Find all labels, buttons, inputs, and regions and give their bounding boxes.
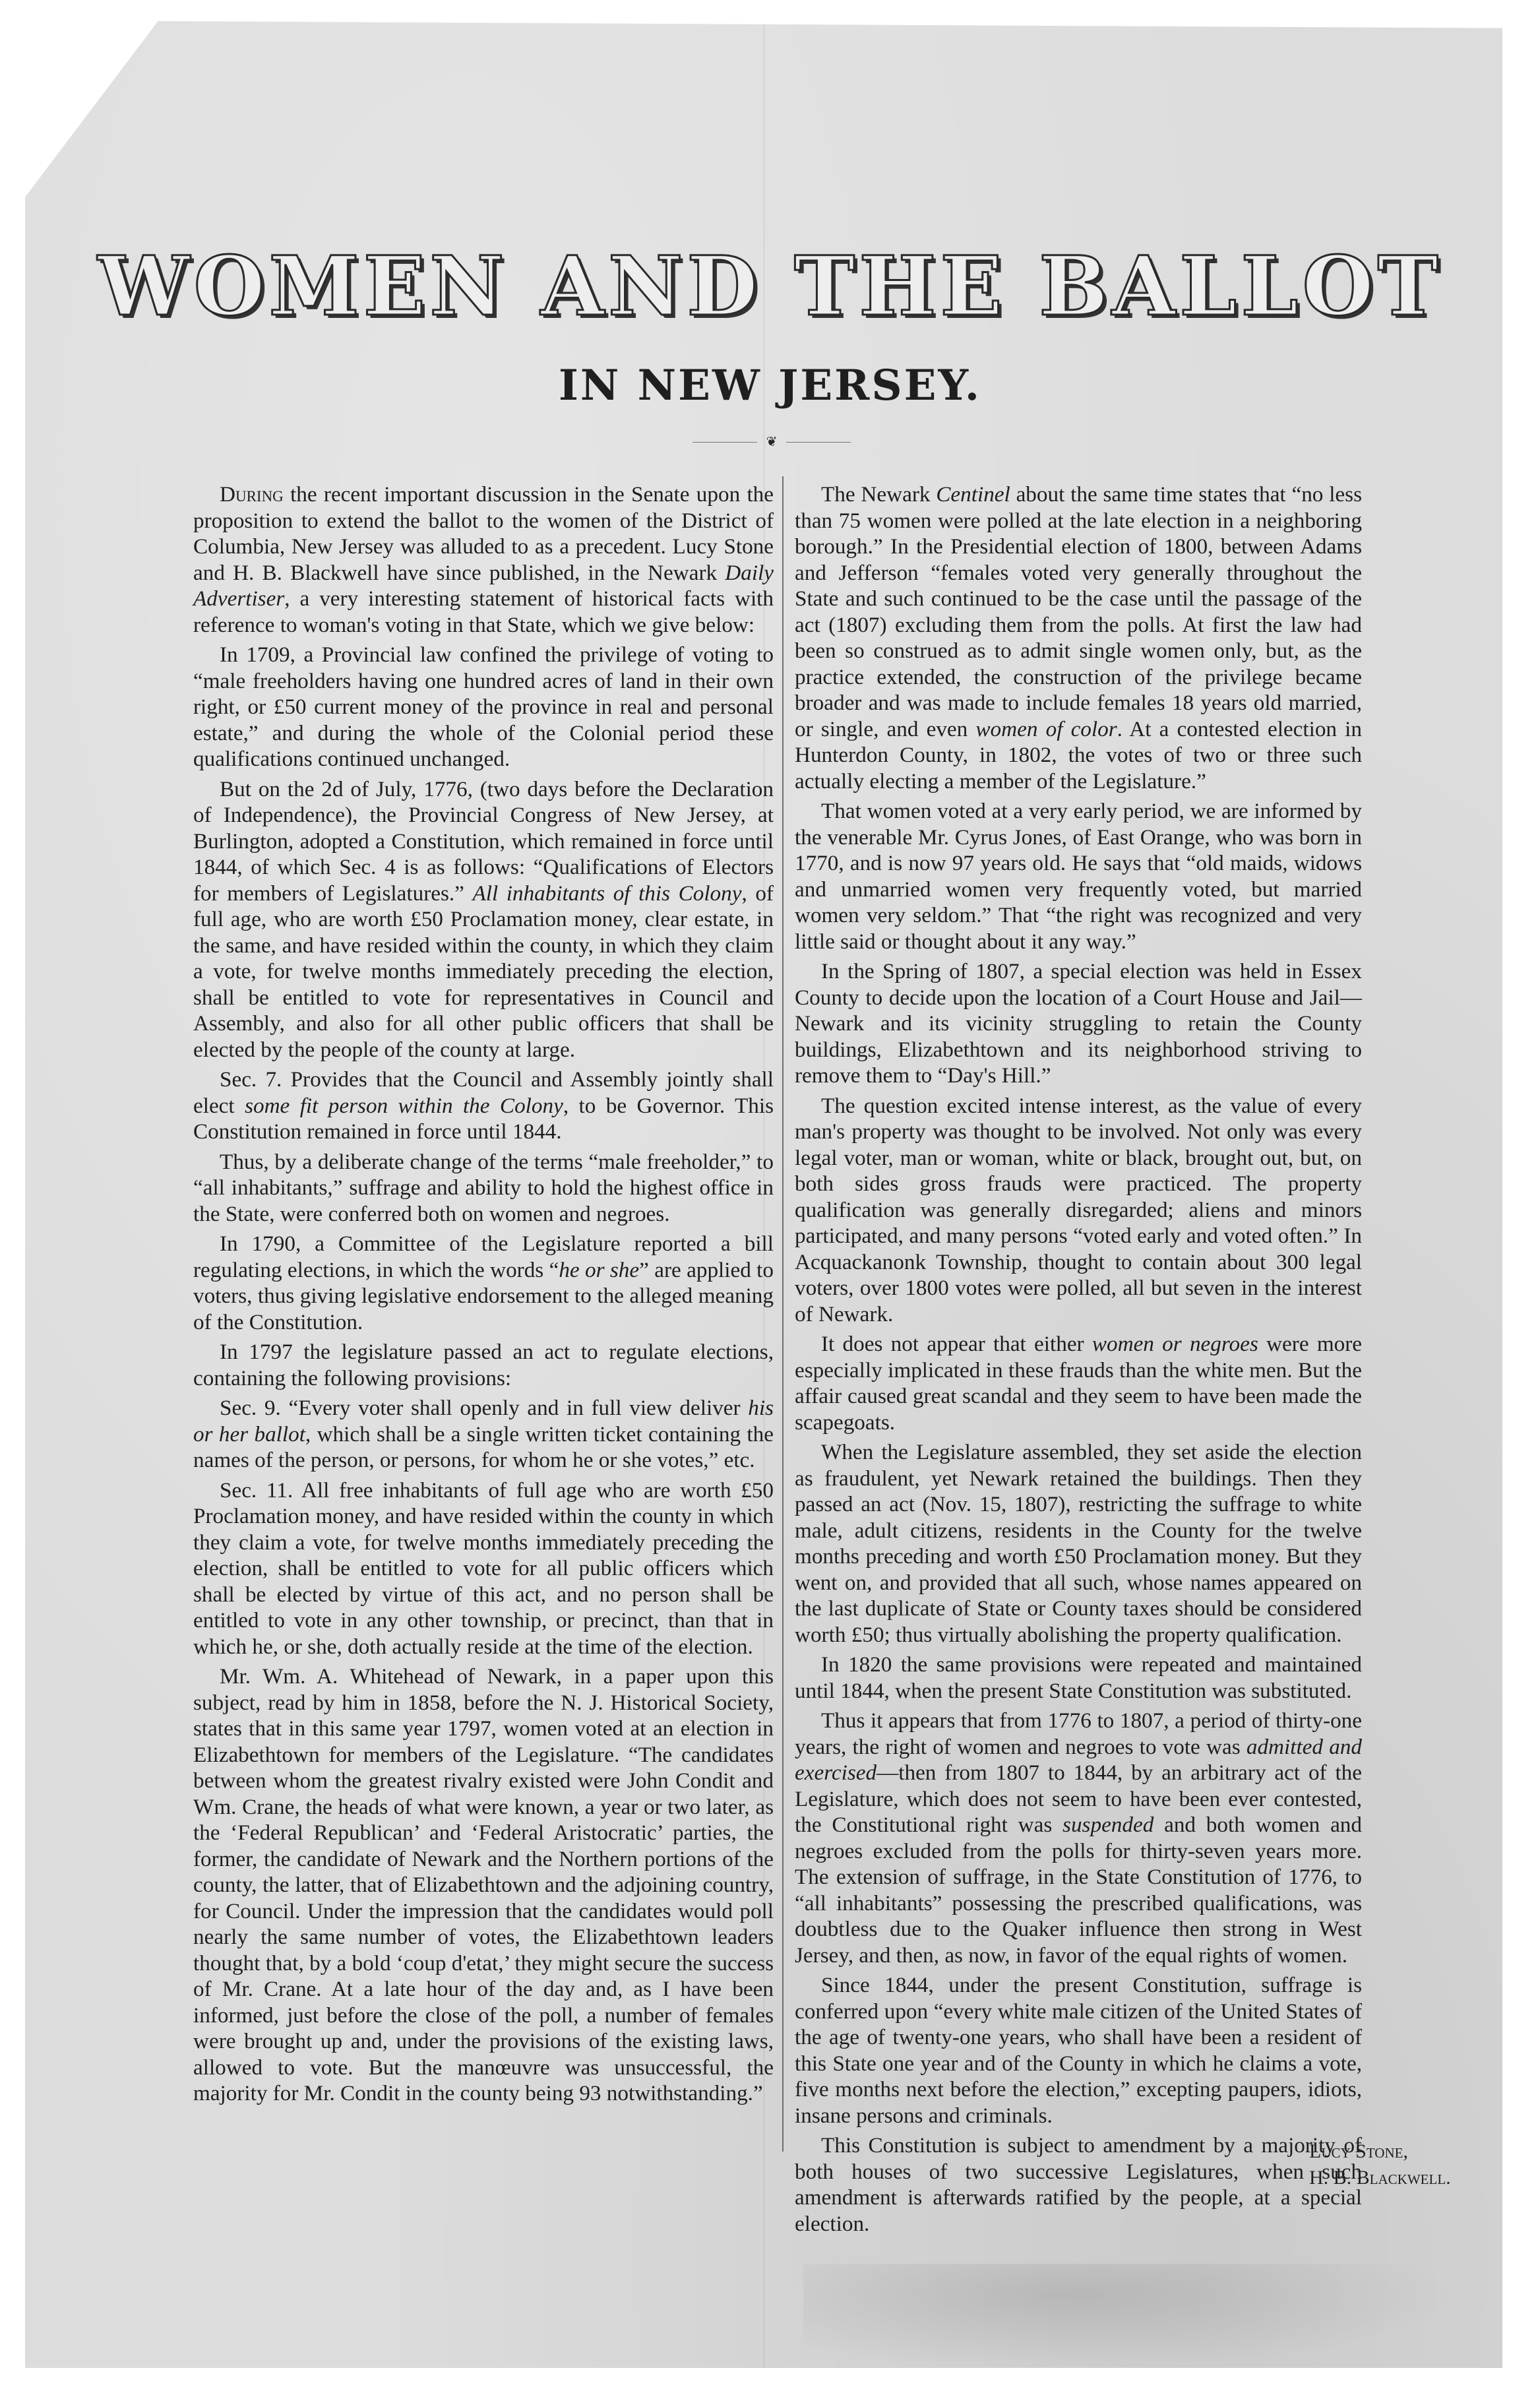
- drop-lead-word: During: [220, 482, 284, 507]
- paragraph: It does not appear that either women or …: [795, 1331, 1362, 1435]
- paragraph-text: about the same time states that “no less…: [795, 482, 1362, 741]
- paragraph-text: The question excited intense interest, a…: [795, 1094, 1362, 1326]
- paragraph: During the recent important discussion i…: [193, 482, 774, 638]
- italic-emphasis: Centinel: [936, 482, 1010, 507]
- title-separator: ❦: [693, 435, 851, 449]
- paragraph-text: Thus, by a deliberate change of the term…: [193, 1150, 774, 1226]
- paragraph: The question excited intense interest, a…: [795, 1093, 1362, 1328]
- paragraph-text: That women voted at a very early period,…: [795, 799, 1362, 954]
- paragraph: When the Legislature assembled, they set…: [795, 1439, 1362, 1648]
- page-title: WOMEN AND THE BALLOT: [0, 246, 1540, 328]
- paper-stain: [803, 2264, 1463, 2369]
- article-column-right: The Newark Centinel about the same time …: [795, 482, 1362, 2241]
- paragraph: Thus it appears that from 1776 to 1807, …: [795, 1708, 1362, 1968]
- italic-emphasis: suspended: [1063, 1813, 1154, 1837]
- paragraph-text: In 1709, a Provincial law confined the p…: [193, 642, 774, 771]
- fleuron-icon: ❦: [766, 435, 778, 449]
- paragraph-text: It does not appear that either: [821, 1332, 1092, 1356]
- paragraph: Thus, by a deliberate change of the term…: [193, 1149, 774, 1228]
- paragraph: Sec. 11. All free inhabitants of full ag…: [193, 1477, 774, 1660]
- paragraph: This Constitution is subject to amendmen…: [795, 2132, 1362, 2237]
- paragraph-text: Since 1844, under the present Constituti…: [795, 1973, 1362, 2128]
- paragraph: In 1709, a Provincial law confined the p…: [193, 642, 774, 772]
- page-subtitle: IN NEW JERSEY.: [0, 365, 1540, 407]
- paragraph: That women voted at a very early period,…: [795, 798, 1362, 954]
- paragraph: The Newark Centinel about the same time …: [795, 482, 1362, 794]
- paragraph-text: The Newark: [821, 482, 936, 507]
- italic-emphasis: women or negroes: [1092, 1332, 1258, 1356]
- paragraph-text: Sec. 11. All free inhabitants of full ag…: [193, 1478, 774, 1659]
- paragraph-text: This Constitution is subject to amendmen…: [795, 2133, 1362, 2236]
- paragraph: Mr. Wm. A. Whitehead of Newark, in a pap…: [193, 1664, 774, 2107]
- separator-rule-right: [786, 442, 851, 443]
- paragraph-text: , of full age, who are worth £50 Proclam…: [193, 881, 774, 1062]
- paragraph: In 1797 the legislature passed an act to…: [193, 1339, 774, 1391]
- signature-lucy-stone: Lucy Stone,: [1309, 2138, 1520, 2165]
- paragraph-text: Sec. 9. “Every voter shall openly and in…: [220, 1396, 748, 1420]
- paragraph: In 1790, a Committee of the Legislature …: [193, 1231, 774, 1335]
- separator-rule-left: [693, 442, 757, 443]
- paragraph: In 1820 the same provisions were repeate…: [795, 1652, 1362, 1704]
- article-column-left: During the recent important discussion i…: [193, 482, 774, 2111]
- paragraph-text: In the Spring of 1807, a special electio…: [795, 959, 1362, 1088]
- italic-emphasis: women of color: [975, 717, 1117, 741]
- italic-emphasis: he or she: [559, 1258, 639, 1282]
- italic-emphasis: some fit person within the Colony: [245, 1094, 563, 1118]
- signature-block: Lucy Stone, H. B. Blackwell.: [1309, 2138, 1520, 2191]
- paragraph: Sec. 7. Provides that the Council and As…: [193, 1067, 774, 1145]
- italic-emphasis: All inhabitants of this Colony: [472, 881, 741, 906]
- paragraph: Sec. 9. “Every voter shall openly and in…: [193, 1395, 774, 1474]
- paragraph-text: In 1820 the same provisions were repeate…: [795, 1652, 1362, 1703]
- paragraph: Since 1844, under the present Constituti…: [795, 1972, 1362, 2129]
- paragraph-text: Mr. Wm. A. Whitehead of Newark, in a pap…: [193, 1664, 774, 2105]
- signature-h-b-blackwell: H. B. Blackwell.: [1309, 2165, 1520, 2191]
- paragraph-text: When the Legislature assembled, they set…: [795, 1440, 1362, 1647]
- paragraph-text: In 1797 the legislature passed an act to…: [193, 1340, 774, 1390]
- column-divider: [782, 476, 784, 2152]
- paragraph: But on the 2d of July, 1776, (two days b…: [193, 776, 774, 1063]
- paragraph: In the Spring of 1807, a special electio…: [795, 958, 1362, 1089]
